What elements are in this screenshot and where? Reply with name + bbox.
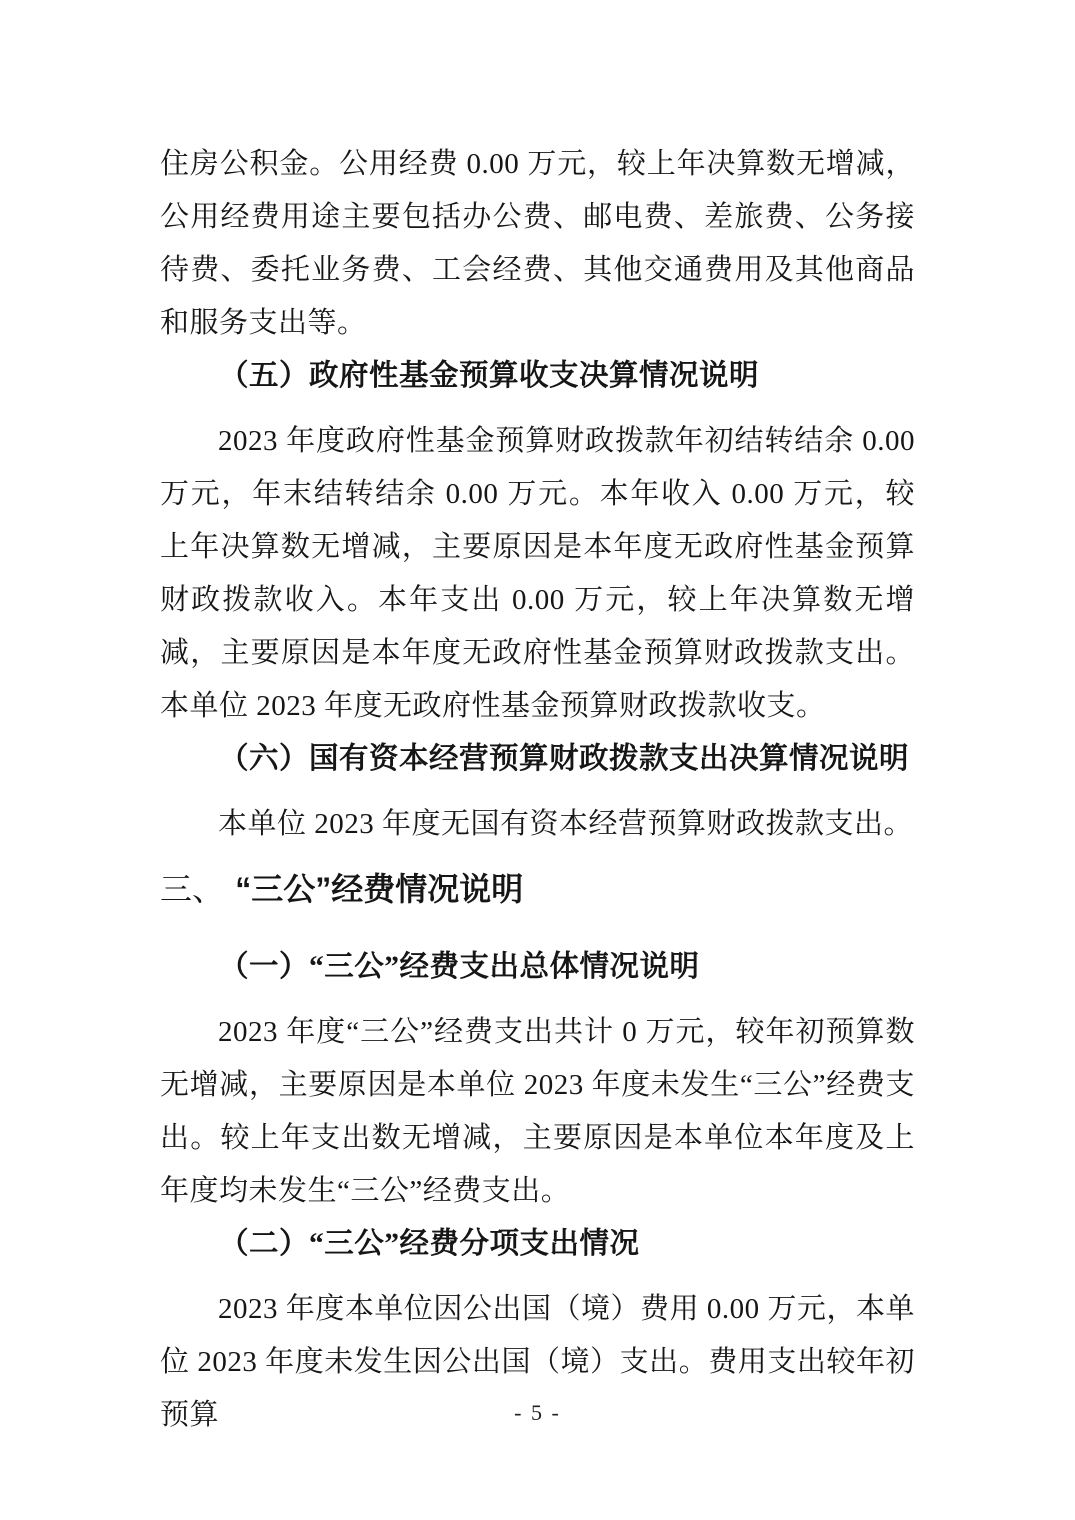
heading-part-3-three-public-funds: 三、“三公”经费情况说明	[160, 867, 915, 911]
page-number: - 5 -	[0, 1398, 1075, 1428]
part-3-title: “三公”经费情况说明	[235, 871, 523, 907]
paragraph-state-capital-budget-detail: 本单位 2023 年度无国有资本经营预算财政拨款支出。	[160, 798, 915, 851]
heading-section-5-gov-fund-budget: （五）政府性基金预算收支决算情况说明	[160, 350, 915, 403]
part-3-number: 三、	[160, 871, 224, 907]
document-page: 住房公积金。公用经费 0.00 万元，较上年决算数无增减，公用经费用途主要包括办…	[0, 0, 1075, 1520]
paragraph-gov-fund-budget-detail: 2023 年度政府性基金预算财政拨款年初结转结余 0.00 万元，年末结转结余 …	[160, 415, 915, 733]
heading-3-1-three-public-total: （一）“三公”经费支出总体情况说明	[160, 941, 915, 994]
heading-3-2-three-public-itemized: （二）“三公”经费分项支出情况	[160, 1218, 915, 1271]
paragraph-public-expense-continuation: 住房公积金。公用经费 0.00 万元，较上年决算数无增减，公用经费用途主要包括办…	[160, 138, 915, 350]
paragraph-three-public-total-detail: 2023 年度“三公”经费支出共计 0 万元，较年初预算数无增减，主要原因是本单…	[160, 1006, 915, 1218]
heading-section-6-state-capital-budget: （六）国有资本经营预算财政拨款支出决算情况说明	[160, 733, 915, 786]
